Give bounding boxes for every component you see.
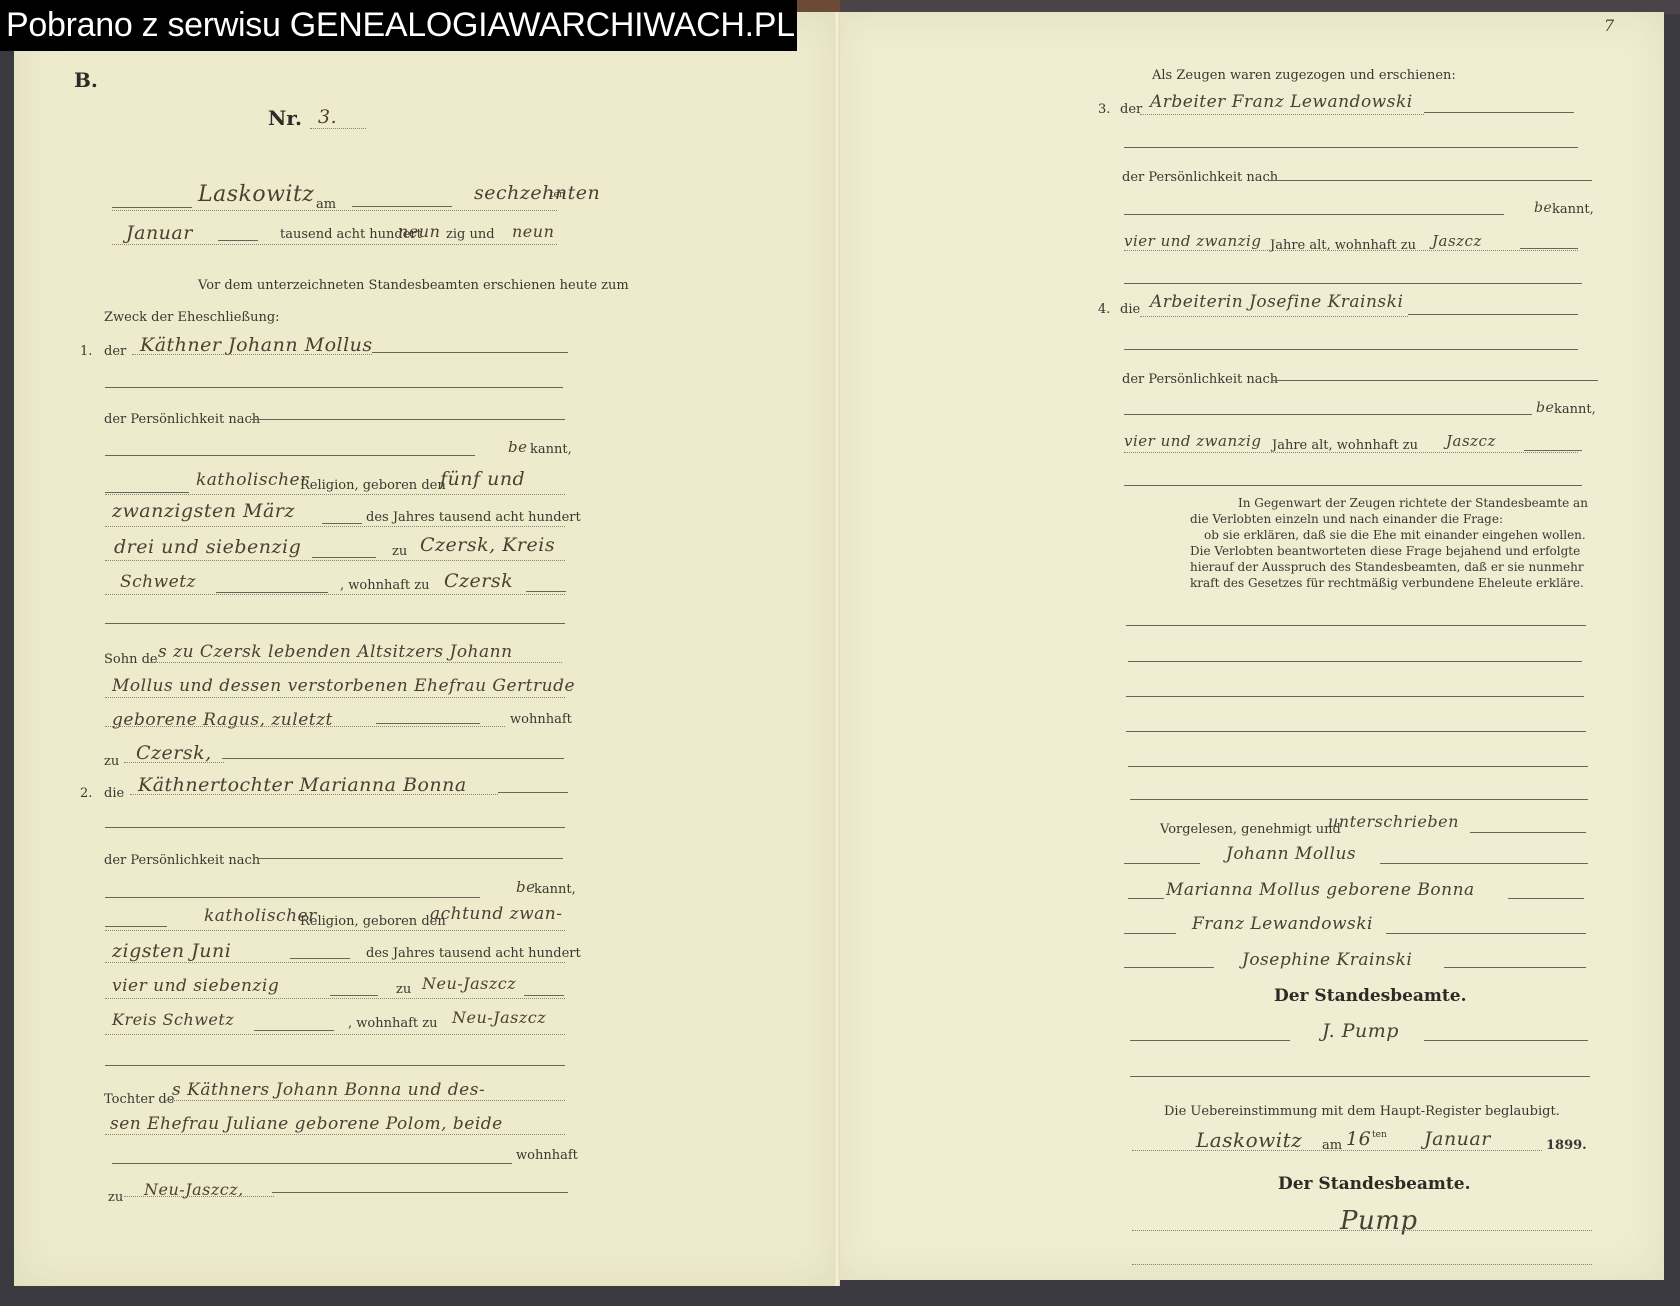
- certification-text: Die Uebereinstimmung mit dem Haupt-Regis…: [1164, 1104, 1560, 1119]
- groom-parents-residence: Czersk,: [136, 742, 212, 764]
- day-handwritten: sechzehnten: [474, 182, 600, 204]
- blank-line: [1126, 731, 1586, 732]
- bride-wohnhaft: wohnhaft: [516, 1148, 578, 1163]
- day-suffix: ten: [550, 190, 565, 200]
- ceremony-line-5: hierauf der Ausspruch des Standesbeamten…: [1190, 560, 1584, 574]
- bride-parents-2: sen Ehefrau Juliane geborene Polom, beid…: [110, 1114, 503, 1134]
- ceremony-line-1: In Gegenwart der Zeugen richtete der Sta…: [1238, 496, 1588, 510]
- signature-witness4: Josephine Krainski: [1242, 950, 1412, 970]
- groom-parents-3: geborene Ragus, zuletzt: [112, 710, 333, 730]
- official-title-1: Der Standesbeamte.: [1274, 986, 1467, 1006]
- bride-article: die: [104, 786, 124, 801]
- record-label: Nr.: [268, 106, 302, 130]
- bride-persoenlichkeit: der Persönlichkeit nach: [104, 853, 260, 868]
- bride-tochter-label: Tochter de: [104, 1092, 174, 1107]
- page-number: 7: [1604, 16, 1615, 35]
- bride-birth-place-2: Kreis Schwetz: [112, 1010, 234, 1029]
- bride-birth-day-2: zigsten Juni: [112, 940, 231, 962]
- witness3-residence: Jaszcz: [1432, 232, 1482, 250]
- unterschrieben-hand: unterschrieben: [1328, 812, 1459, 831]
- bride-parents-1: s Käthners Johann Bonna und des-: [172, 1080, 485, 1100]
- signature-bride: Marianna Mollus geborene Bonna: [1166, 880, 1475, 900]
- bride-zu-2: zu: [108, 1190, 123, 1205]
- year-hand-2: neun: [512, 222, 554, 241]
- blank-line: [1126, 696, 1584, 697]
- cert-year: 1899.: [1546, 1138, 1587, 1153]
- witness3-number: 3.: [1098, 102, 1110, 117]
- witness4-bekannt-hand: be: [1536, 400, 1554, 416]
- year-hand-1: neun: [398, 222, 440, 241]
- witness3-persoenlichkeit: der Persönlichkeit nach: [1122, 170, 1278, 185]
- witness3-bekannt-hand: be: [1534, 200, 1552, 216]
- place-name: Laskowitz: [198, 182, 314, 207]
- blank-line: [1128, 766, 1588, 767]
- bride-birth-year: vier und siebenzig: [112, 976, 279, 996]
- groom-religion-label: Religion, geboren den: [300, 478, 446, 493]
- bride-zu: zu: [396, 982, 411, 997]
- bride-number: 2.: [80, 786, 92, 801]
- witness4-residence: Jaszcz: [1446, 432, 1496, 450]
- signature-witness3: Franz Lewandowski: [1192, 914, 1373, 934]
- witness4-persoenlichkeit: der Persönlichkeit nach: [1122, 372, 1278, 387]
- bride-bekannt: kannt,: [534, 882, 576, 897]
- witness4-number: 4.: [1098, 302, 1110, 317]
- witness4-age: vier und zwanzig: [1124, 432, 1261, 450]
- bride-wohnhaft-zu: , wohnhaft zu: [348, 1016, 437, 1031]
- groom-article: der: [104, 344, 126, 359]
- cert-day-suffix: ten: [1372, 1130, 1387, 1140]
- witness3-age: vier und zwanzig: [1124, 232, 1261, 250]
- groom-birth-day-2: zwanzigsten März: [112, 500, 295, 522]
- ceremony-line-3: ob sie erklären, daß sie die Ehe mit ein…: [1204, 528, 1586, 542]
- groom-sohn-label: Sohn de: [104, 652, 158, 667]
- ceremony-line-6: kraft des Gesetzes für rechtmäßig verbun…: [1190, 576, 1584, 590]
- bride-residence: Neu-Jaszcz: [452, 1008, 546, 1027]
- groom-birth-place-2: Schwetz: [120, 572, 196, 592]
- bride-religion-label: Religion, geboren den: [300, 914, 446, 929]
- witness4-bekannt: kannt,: [1554, 402, 1596, 417]
- source-banner: Pobrano z serwisu GENEALOGIAWARCHIWACH.P…: [0, 0, 797, 51]
- vorgelesen-label: Vorgelesen, genehmigt und: [1160, 822, 1341, 837]
- witness3-article: der: [1120, 102, 1142, 117]
- witnesses-header: Als Zeugen waren zugezogen und erschiene…: [1152, 68, 1456, 83]
- year-zig: zig und: [446, 227, 495, 242]
- blank-line: [1130, 799, 1588, 800]
- groom-parents-1: s zu Czersk lebenden Altsitzers Johann: [158, 642, 513, 662]
- record-number: 3.: [318, 106, 337, 128]
- blank-line: [1126, 625, 1586, 626]
- bride-birth-day-1: achtund zwan-: [430, 904, 562, 924]
- book-gutter: [834, 12, 840, 1286]
- groom-name: Käthner Johann Mollus: [140, 334, 373, 356]
- groom-number: 1.: [80, 344, 92, 359]
- groom-residence: Czersk: [444, 570, 513, 592]
- bride-name: Käthnertochter Marianna Bonna: [138, 774, 467, 796]
- section-letter: B.: [74, 68, 98, 92]
- official-signature-2: Pump: [1340, 1206, 1418, 1236]
- groom-des-jahres: des Jahres tausend acht hundert: [366, 510, 581, 525]
- witness4-name: Arbeiterin Josefine Krainski: [1150, 292, 1403, 312]
- groom-bekannt: kannt,: [530, 442, 572, 457]
- ceremony-line-4: Die Verlobten beantworteten diese Frage …: [1190, 544, 1580, 558]
- groom-bekannt-hand: be: [508, 438, 527, 456]
- intro-line-2: Zweck der Eheschließung:: [104, 310, 280, 325]
- groom-persoenlichkeit: der Persönlichkeit nach: [104, 412, 260, 427]
- groom-birth-day-1: fünf und: [440, 468, 525, 490]
- intro-line-1: Vor dem unterzeichneten Standesbeamten e…: [198, 278, 629, 293]
- groom-zu: zu: [392, 544, 407, 559]
- groom-wohnhaft-zu: , wohnhaft zu: [340, 578, 429, 593]
- groom-birth-place: Czersk, Kreis: [420, 534, 555, 556]
- groom-religion: katholischer: [196, 470, 309, 490]
- bride-bekannt-hand: be: [516, 878, 535, 896]
- official-title-2: Der Standesbeamte.: [1278, 1174, 1471, 1194]
- groom-zu-2: zu: [104, 754, 119, 769]
- witness3-name: Arbeiter Franz Lewandowski: [1150, 92, 1413, 112]
- ceremony-line-2: die Verlobten einzeln und nach einander …: [1190, 512, 1503, 526]
- signature-groom: Johann Mollus: [1226, 844, 1356, 864]
- groom-wohnhaft: wohnhaft: [510, 712, 572, 727]
- official-signature-1: J. Pump: [1322, 1020, 1399, 1042]
- groom-parents-2: Mollus und dessen verstorbenen Ehefrau G…: [112, 676, 575, 696]
- witness4-article: die: [1120, 302, 1140, 317]
- cert-day: 16: [1346, 1128, 1371, 1150]
- bride-birth-place: Neu-Jaszcz: [422, 974, 516, 993]
- blank-line: [1128, 661, 1582, 662]
- cert-month: Januar: [1424, 1128, 1491, 1150]
- bride-des-jahres: des Jahres tausend acht hundert: [366, 946, 581, 961]
- cert-place: Laskowitz: [1196, 1128, 1302, 1152]
- groom-birth-year: drei und siebenzig: [114, 536, 301, 558]
- witness4-age-label: Jahre alt, wohnhaft zu: [1272, 438, 1418, 453]
- month-handwritten: Januar: [126, 222, 193, 244]
- witness3-bekannt: kannt,: [1552, 202, 1594, 217]
